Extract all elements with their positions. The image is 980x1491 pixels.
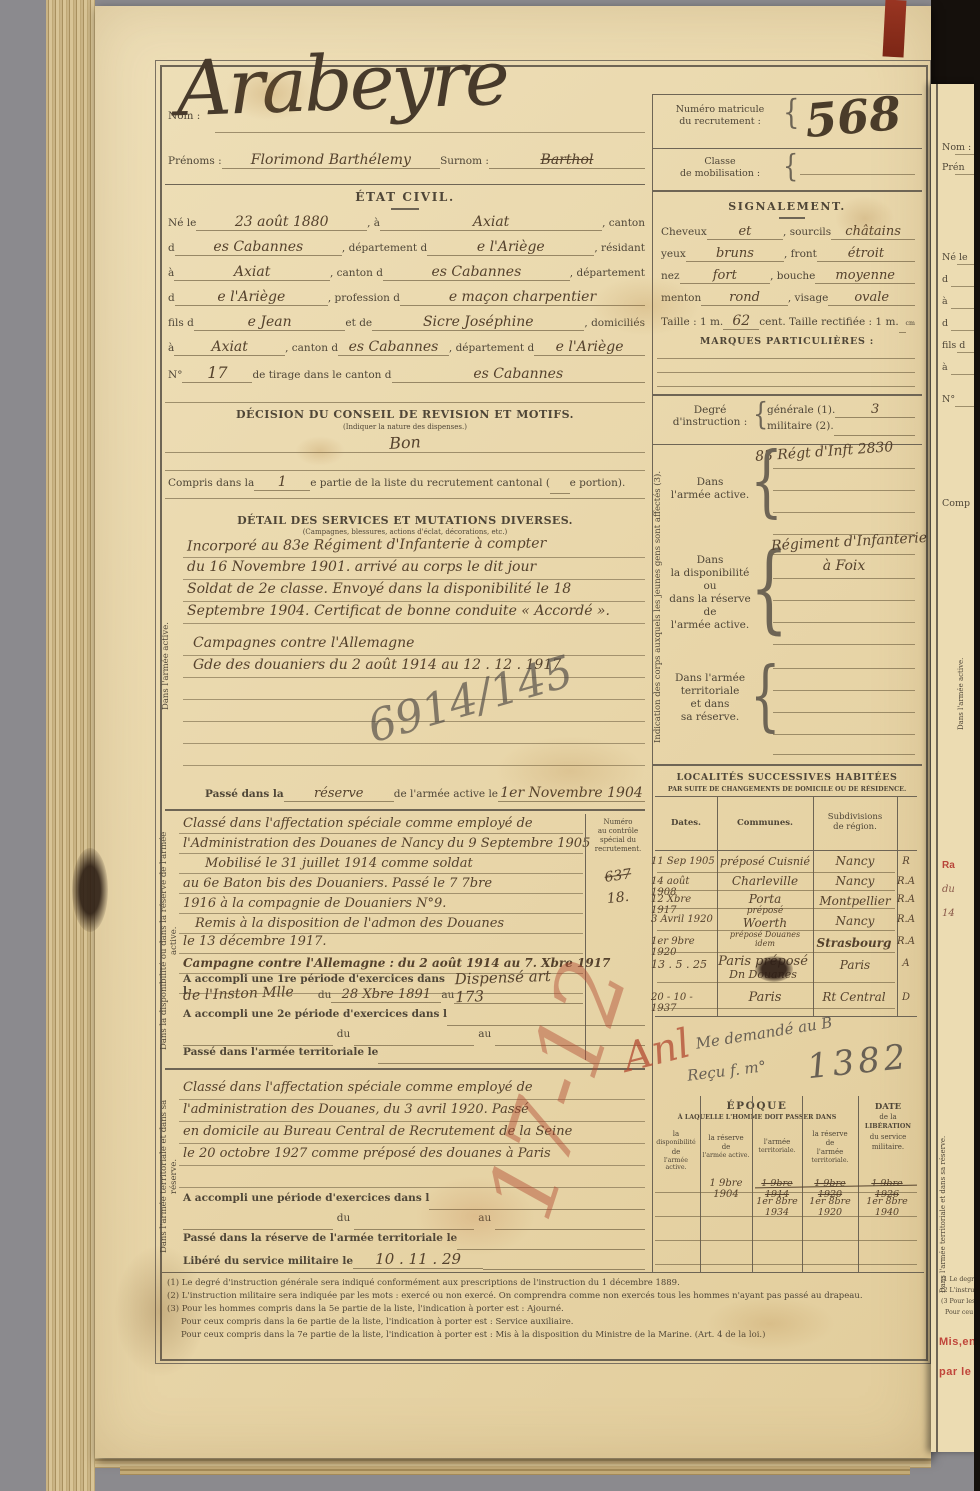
domicile-value: Axiat bbox=[174, 339, 285, 356]
localites-top-rule bbox=[652, 764, 922, 766]
libere-fill bbox=[483, 1250, 645, 1270]
epoque-rule-3 bbox=[655, 1240, 917, 1241]
footnote-1: (1) Le degré d'instruction générale sera… bbox=[167, 1278, 923, 1288]
departement2-label: , département bbox=[570, 267, 645, 279]
passe-reserve-terr-fill bbox=[457, 1232, 645, 1250]
corps-terr-rule-4 bbox=[773, 734, 915, 735]
ne-le-label: Né le bbox=[168, 217, 196, 229]
tirage-canton-label: de tirage dans le canton d bbox=[252, 369, 391, 381]
localites-row-mark-4: R.A bbox=[897, 914, 915, 925]
next-footnote-2: (2 L'instru bbox=[941, 1287, 974, 1294]
next-ne-le-label: Né le bbox=[942, 252, 968, 263]
compris-rule bbox=[165, 498, 645, 499]
classe-brace: { bbox=[783, 148, 798, 184]
next-d2-label: d bbox=[942, 318, 948, 329]
localites-row-commune-5b: idem bbox=[717, 939, 813, 948]
corps-dispo-label-1: Dans bbox=[675, 554, 745, 566]
periode1-du-label: du bbox=[318, 989, 331, 1001]
localites-row-mark-5: R.A bbox=[897, 936, 915, 947]
header-rule bbox=[165, 184, 645, 185]
book-left-edge bbox=[46, 0, 95, 1491]
services-text-3: Soldat de 2e classe. Envoyé dans la disp… bbox=[187, 581, 571, 597]
etat-civil-title: ÉTAT CIVIL. bbox=[165, 190, 645, 204]
localites-header-bottom bbox=[655, 850, 917, 851]
periode1-du-value: 28 Xbre 1891 bbox=[331, 987, 441, 1003]
degre-top-rule bbox=[652, 394, 922, 396]
terr-du-fill0 bbox=[183, 1212, 333, 1230]
corps-terr-label-3: et dans bbox=[661, 698, 759, 710]
dispo-text-1: Classé dans l'affectation spéciale comme… bbox=[183, 816, 533, 831]
menton-label: menton bbox=[661, 292, 701, 304]
matricule-value: 568 bbox=[803, 86, 903, 148]
corps-active-label-1: Dans bbox=[675, 476, 745, 488]
localites-col-subdiv-2: de région. bbox=[813, 822, 897, 832]
localites-row-commune-6b: Dn Douanes bbox=[713, 968, 813, 981]
etat-line-3: à Axiat , canton d es Cabannes , départe… bbox=[168, 264, 645, 288]
signalement-row-1: Cheveux et , sourcils châtains bbox=[661, 224, 915, 246]
section-divider-1 bbox=[165, 809, 645, 811]
signalement-row-4: menton rond , visage ovale bbox=[661, 290, 915, 312]
localites-row-rule-1 bbox=[657, 872, 895, 873]
bouche-value: moyenne bbox=[815, 268, 915, 284]
localites-row-mark-2: R.A bbox=[897, 876, 915, 887]
corps-active-rule-3 bbox=[773, 512, 915, 513]
etat-line-5: fils d e Jean et de Sicre Joséphine , do… bbox=[168, 314, 645, 338]
num-controle-h3: spécial du bbox=[587, 836, 649, 844]
prenoms-row: Prénoms : Florimond Barthélemy Surnom : … bbox=[168, 152, 645, 174]
terr-du-fill bbox=[354, 1212, 474, 1230]
taille-cm-label: cm bbox=[906, 320, 916, 327]
marques-rule-3 bbox=[657, 386, 915, 387]
footnote-5: Pour ceux compris dans la 7e partie de l… bbox=[181, 1330, 923, 1340]
epoque-h1-line4: l'armée active. bbox=[654, 1157, 698, 1171]
terr-periode-label: A accompli une période d'exercices dans … bbox=[183, 1192, 429, 1204]
signalement-dash bbox=[779, 217, 805, 219]
passe-reserve-row: Passé dans la réserve de l'armée active … bbox=[205, 785, 645, 805]
corps-active-brace: { bbox=[750, 437, 783, 527]
degre-generale-value: 3 bbox=[835, 402, 915, 418]
libere-date-value: 10 . 11 . 29 bbox=[353, 1250, 483, 1269]
periode1-row: A accompli une 1re période d'exercices d… bbox=[183, 968, 583, 986]
passe-label: Passé dans la bbox=[205, 788, 284, 800]
libere-row: Libéré du service militaire le 10 . 11 .… bbox=[183, 1250, 645, 1270]
localites-col-communes: Communes. bbox=[717, 818, 813, 828]
numero-tirage-label: N° bbox=[168, 369, 182, 381]
corps-dispo-label-5: de bbox=[675, 606, 745, 618]
next-footnote-4: Pour ceu bbox=[945, 1309, 973, 1316]
localites-row-subdiv-7: Rt Central bbox=[809, 990, 899, 1004]
degre-brace: { bbox=[753, 396, 768, 432]
dispo-text-6: Remis à la disposition de l'admon des Do… bbox=[195, 916, 504, 931]
sourcils-label: , sourcils bbox=[783, 226, 831, 238]
epoque-value-5b: 1er 8bre 1940 bbox=[858, 1196, 916, 1218]
localites-row-commune-2: Charleville bbox=[717, 874, 813, 888]
canton2-label: , canton d bbox=[330, 267, 383, 279]
terr-text-1: Classé dans l'affectation spéciale comme… bbox=[183, 1080, 533, 1095]
next-prenoms-label: Prén bbox=[942, 162, 965, 173]
birthdate-value: 23 août 1880 bbox=[196, 214, 367, 231]
epoque-h5-line3: LIBÉRATION bbox=[860, 1123, 916, 1130]
campagnes-text-1: Campagnes contre l'Allemagne bbox=[193, 635, 414, 651]
et-de-label: et de bbox=[345, 317, 372, 329]
libere-label: Libéré du service militaire le bbox=[183, 1255, 353, 1267]
etat-civil-dash bbox=[391, 208, 419, 210]
sourcils-value: châtains bbox=[831, 224, 915, 240]
canton3-label: , canton d bbox=[285, 342, 338, 354]
localites-row-rule-5 bbox=[657, 952, 895, 953]
corps-dispo-label-3: ou bbox=[675, 580, 745, 592]
residant-label: , résidant bbox=[594, 242, 645, 254]
next-nom-label: Nom : bbox=[942, 142, 971, 153]
compris-label-2: e partie de la liste du recrutement cant… bbox=[310, 477, 550, 489]
departement-label: , département d bbox=[342, 242, 427, 254]
corps-dispo-rule-5 bbox=[773, 644, 915, 645]
passe-reserve-terr-row: Passé dans la réserve de l'armée territo… bbox=[183, 1232, 645, 1250]
corps-terr-rule-2 bbox=[773, 690, 915, 691]
epoque-value-2: 1 9bre 1904 bbox=[700, 1178, 752, 1200]
birthplace-value: Axiat bbox=[380, 214, 602, 231]
epoque-subtitle: À LAQUELLE L'HOMME DOIT PASSER DANS bbox=[652, 1114, 862, 1121]
localites-row-commune-1: préposé Cuisnié bbox=[717, 855, 813, 868]
localites-row-mark-6: A bbox=[897, 958, 915, 969]
epoque-value-4b: 1er 8bre 1920 bbox=[802, 1196, 858, 1218]
taille-value: 62 bbox=[723, 313, 759, 330]
epoque-value-3b: 1er 8bre 1934 bbox=[752, 1196, 802, 1218]
residence-value: Axiat bbox=[174, 264, 330, 281]
services-subtitle: (Campagnes, blessures, actions d'éclat, … bbox=[165, 528, 645, 536]
next-red-fragment-1: Ra bbox=[942, 860, 955, 871]
corps-dispo-rule-4 bbox=[773, 622, 915, 623]
taille-row: Taille : 1 m. 62 cent. Taille rectifiée … bbox=[661, 313, 915, 333]
epoque-h1-line3: de bbox=[654, 1148, 698, 1156]
canton-label: , canton bbox=[602, 217, 645, 229]
menton-value: rond bbox=[701, 290, 788, 306]
degre-label-1: Degré bbox=[670, 404, 750, 416]
next-a1-label: à bbox=[942, 296, 948, 307]
epoque-h5-line2: de la bbox=[860, 1113, 916, 1121]
next-comp-label: Comp bbox=[942, 498, 970, 509]
cheveux-value: et bbox=[707, 224, 783, 240]
epoque-h2-line3: l'armée active. bbox=[702, 1152, 750, 1159]
terr-du-label: du bbox=[337, 1212, 350, 1224]
epoque-h4-line4: territoriale. bbox=[804, 1157, 856, 1164]
epoque-h3-line2: territoriale. bbox=[754, 1147, 800, 1154]
localites-bottom-rule bbox=[655, 1016, 917, 1017]
localites-row-commune-6a: Paris préposé bbox=[713, 954, 813, 969]
localites-row-mark-7: D bbox=[897, 992, 915, 1003]
passe-value: réserve bbox=[284, 786, 394, 802]
nez-value: fort bbox=[680, 268, 771, 284]
terr-au-label: au bbox=[478, 1212, 491, 1224]
register-page: Nom : Arabeyre Prénoms : Florimond Barth… bbox=[95, 6, 931, 1458]
degre-militaire-row: militaire (2). bbox=[767, 420, 915, 436]
passe-territoriale-label: Passé dans l'armée territoriale le bbox=[183, 1046, 378, 1058]
epoque-h5-line5: militaire. bbox=[860, 1143, 916, 1151]
corps-active-rule-1 bbox=[773, 468, 915, 469]
dispo-text-5: 1916 à la compagnie de Douaniers N°9. bbox=[183, 896, 446, 911]
matricule-label-2: du recrutement : bbox=[660, 116, 780, 127]
etat-line-4: d e l'Ariège , profession d e maçon char… bbox=[168, 289, 645, 313]
father-name-value: e Jean bbox=[194, 314, 346, 331]
periode1b-value: de l'Inston Mlle bbox=[183, 984, 294, 1004]
terr-side-label: Dans l'armée territoriale et dans sa rés… bbox=[159, 1086, 174, 1266]
localites-row-date-3: 12 Xbre 1917 bbox=[651, 894, 717, 916]
localites-row-commune-3: Porta bbox=[717, 892, 813, 906]
nez-label: nez bbox=[661, 270, 680, 282]
numero-tirage-value: 17 bbox=[182, 363, 252, 383]
localites-row-commune-4a: préposé bbox=[717, 906, 813, 916]
passe-reserve-terr-label: Passé dans la réserve de l'armée territo… bbox=[183, 1232, 457, 1244]
localites-row-date-6: 13 . 5 . 25 bbox=[651, 958, 717, 971]
corps-terr-brace: { bbox=[750, 651, 781, 741]
domicilies-label: , domiciliés bbox=[584, 317, 645, 329]
localites-row-mark-1: R bbox=[897, 856, 915, 867]
periode2-au-label: au bbox=[478, 1028, 491, 1040]
yeux-label: yeux bbox=[661, 248, 686, 260]
periode2-du-label: du bbox=[337, 1028, 350, 1040]
a-label: , à bbox=[367, 217, 380, 229]
signalement-title: SIGNALEMENT. bbox=[652, 200, 922, 213]
localites-row-rule-2 bbox=[657, 890, 895, 891]
d2-label: d bbox=[168, 292, 175, 304]
localites-title: LOCALITÉS SUCCESSIVES HABITÉES bbox=[652, 772, 922, 783]
next-footnote-1: (1 Le degré bbox=[941, 1276, 978, 1283]
decision-rule-1 bbox=[165, 452, 645, 453]
localites-row-rule-6 bbox=[657, 982, 895, 983]
terr-text-2: l'administration des Douanes, du 3 avril… bbox=[183, 1102, 529, 1117]
etat-line-6: à Axiat , canton d es Cabannes , départe… bbox=[168, 339, 645, 363]
visage-value: ovale bbox=[828, 290, 915, 306]
decision-title: DÉCISION DU CONSEIL DE REVISION ET MOTIF… bbox=[165, 408, 645, 421]
epoque-h3-line1: l'armée bbox=[754, 1138, 800, 1146]
degre-militaire-label: militaire (2). bbox=[767, 420, 834, 432]
corps-terr-label-1: Dans l'armée bbox=[661, 672, 759, 684]
scanned-register-photo: { "header": { "name_script": "Arabeyre",… bbox=[0, 0, 980, 1491]
localites-row-commune-5a: préposé Douanes bbox=[717, 930, 813, 939]
epoque-title: ÉPOQUE bbox=[652, 1100, 862, 1112]
tirage-row: N° 17 de tirage dans le canton d es Caba… bbox=[168, 363, 645, 387]
localites-row-subdiv-4: Nancy bbox=[813, 914, 897, 928]
departement4-value: e l'Ariège bbox=[534, 339, 645, 356]
canton-value: es Cabannes bbox=[175, 239, 342, 256]
classe-rule bbox=[800, 174, 915, 175]
localites-col-3 bbox=[897, 796, 898, 1016]
localites-row-date-4: 3 Avril 1920 bbox=[651, 914, 717, 925]
num-controle-h2: au contrôle bbox=[587, 827, 649, 835]
signalement-row-3: nez fort , bouche moyenne bbox=[661, 268, 915, 290]
corps-active-label-2: l'armée active. bbox=[667, 489, 753, 501]
marques-rule-2 bbox=[657, 372, 915, 373]
corps-dispo-label-6: l'armée active. bbox=[661, 619, 759, 631]
yeux-value: bruns bbox=[686, 246, 784, 262]
taille-rectifiee-label: cent. Taille rectifiée : 1 m. bbox=[759, 316, 898, 328]
epoque-h4-line2: de bbox=[804, 1139, 856, 1147]
compris-label-3: e portion). bbox=[570, 477, 626, 489]
blank-rule-1 bbox=[165, 402, 645, 403]
epoque-h5-line1: DATE bbox=[860, 1102, 916, 1112]
photo-right-dark-edge bbox=[974, 0, 980, 1491]
next-page-sliver: Nom : Prén Né le d à d fils d à N° Comp … bbox=[931, 84, 980, 1452]
corps-dispo-label-2: la disponibilité bbox=[661, 567, 759, 579]
taille-rectifiee-fill bbox=[899, 313, 906, 333]
next-no-label: N° bbox=[942, 394, 955, 405]
services-text-2: du 16 Novembre 1901. arrivé au corps le … bbox=[187, 559, 536, 575]
epoque-rule-1 bbox=[655, 1192, 917, 1193]
surnom-label: Surnom : bbox=[440, 155, 489, 167]
next-side-active-label: Dans l'armée active. bbox=[957, 614, 968, 774]
periode1-au-label: au bbox=[441, 989, 454, 1001]
corps-terr-rule-1 bbox=[773, 668, 915, 669]
num-controle-h1: Numéro bbox=[587, 818, 649, 826]
localites-header-top bbox=[655, 796, 917, 797]
services-text-4: Septembre 1904. Certificat de bonne cond… bbox=[187, 603, 610, 619]
compris-fill bbox=[625, 474, 645, 494]
localites-row-date-5: 1er 9bre 1920 bbox=[651, 936, 717, 958]
front-label: , front bbox=[784, 248, 817, 260]
corps-dispo-label-4: dans la réserve bbox=[661, 593, 759, 605]
compris-label: Compris dans la bbox=[168, 477, 254, 489]
profession-label: , profession d bbox=[328, 292, 400, 304]
localites-row-subdiv-2: Nancy bbox=[813, 874, 897, 888]
localites-row-date-1: 11 Sep 1905 bbox=[651, 856, 717, 867]
book-bottom-edge-2 bbox=[120, 1466, 910, 1475]
departement-value: e l'Ariège bbox=[427, 239, 594, 256]
localites-row-rule-7 bbox=[657, 1008, 895, 1009]
dispo-text-4: au 6e Baton bis des Douaniers. Passé le … bbox=[183, 876, 492, 891]
periode1b-row: de l'Inston Mlle du 28 Xbre 1891 au bbox=[183, 986, 583, 1004]
matricule-brace: { bbox=[783, 94, 800, 133]
corps-terr-label-4: sa réserve. bbox=[661, 711, 759, 723]
corps-terr-rule-5 bbox=[773, 754, 915, 755]
profession-value: e maçon charpentier bbox=[400, 289, 645, 306]
degre-label-2: d'instruction : bbox=[670, 416, 750, 428]
prenoms-value: Florimond Barthélemy bbox=[222, 152, 440, 169]
taille-label: Taille : 1 m. bbox=[661, 316, 723, 328]
mother-name-value: Sicre Joséphine bbox=[372, 314, 584, 331]
localites-row-subdiv-3: Montpellier bbox=[813, 894, 897, 908]
red-bookmark-ribbon bbox=[883, 0, 907, 58]
epoque-h2-line2: de bbox=[702, 1143, 750, 1151]
footnote-3: (3) Pour les hommes compris dans la 5e p… bbox=[167, 1304, 923, 1314]
dispo-text-7: le 13 décembre 1917. bbox=[183, 934, 327, 949]
nom-rule bbox=[215, 132, 645, 133]
signalement-row-2: yeux bruns , front étroit bbox=[661, 246, 915, 268]
etat-line-1: Né le 23 août 1880 , à Axiat , canton bbox=[168, 214, 645, 238]
passe-date-value: 1er Novembre 1904 bbox=[498, 785, 645, 802]
epoque-rule-4 bbox=[655, 1264, 917, 1265]
departement4-label: , département d bbox=[449, 342, 534, 354]
corps-dispo-value-2: à Foix bbox=[773, 558, 915, 574]
dispo-text-2: l'Administration des Douanes de Nancy du… bbox=[183, 836, 590, 851]
num-controle-h4: recrutement. bbox=[587, 845, 649, 853]
cheveux-label: Cheveux bbox=[661, 226, 707, 238]
surnom-value: Barthol bbox=[489, 152, 645, 169]
corps-dispo-rule-3 bbox=[773, 600, 915, 601]
marques-title: MARQUES PARTICULIÈRES : bbox=[652, 336, 922, 347]
periode2-du-fill bbox=[354, 1028, 474, 1046]
periode2b-fill0 bbox=[183, 1028, 333, 1046]
localites-subtitle: PAR SUITE DE CHANGEMENTS DE DOMICILE OU … bbox=[652, 786, 922, 793]
prenoms-label: Prénoms : bbox=[168, 155, 222, 167]
localites-row-subdiv-1: Nancy bbox=[813, 854, 897, 868]
corps-terr-rule-3 bbox=[773, 712, 915, 713]
departement3-value: e l'Ariège bbox=[175, 289, 328, 306]
epoque-rule-2 bbox=[655, 1216, 917, 1217]
canton2-value: es Cabannes bbox=[383, 264, 570, 281]
classe-label-2: de mobilisation : bbox=[660, 168, 780, 179]
degre-militaire-fill bbox=[834, 420, 915, 436]
corps-dispo-rule-1 bbox=[773, 554, 915, 555]
tirage-canton-value: es Cabannes bbox=[392, 366, 646, 383]
dispo-text-3: Mobilisé le 31 juillet 1914 comme soldat bbox=[205, 856, 473, 871]
localites-row-commune-7: Paris bbox=[717, 990, 813, 1005]
compris-row: Compris dans la 1 e partie de la liste d… bbox=[168, 474, 645, 494]
dispo-side-label: Dans la disponibilité ou dans la réserve… bbox=[159, 821, 174, 1061]
localites-row-subdiv-5: Strasbourg bbox=[809, 936, 899, 950]
classe-label-1: Classe bbox=[660, 156, 780, 167]
corps-dispo-rule-2 bbox=[773, 578, 915, 579]
bouche-label: , bouche bbox=[770, 270, 815, 282]
decision-rule-2 bbox=[165, 470, 645, 471]
corps-terr-label-2: territoriale bbox=[661, 685, 759, 697]
services-side-label: Dans l'armée active. bbox=[161, 546, 174, 786]
epoque-h2-line1: la réserve bbox=[702, 1134, 750, 1142]
epoque-h5-line4: du service bbox=[860, 1133, 916, 1141]
next-a2-label: à bbox=[942, 362, 948, 373]
canton3-value: es Cabannes bbox=[338, 339, 449, 356]
marques-rule-1 bbox=[657, 358, 915, 359]
localites-col-dates: Dates. bbox=[655, 818, 717, 828]
etat-line-2: d es Cabannes , département d e l'Ariège… bbox=[168, 239, 645, 263]
epoque-h1-line1: la bbox=[654, 1130, 698, 1138]
services-title: DÉTAIL DES SERVICES ET MUTATIONS DIVERSE… bbox=[165, 514, 645, 527]
terr-periode2-row: du au bbox=[183, 1212, 645, 1230]
epoque-h4-line1: la réserve bbox=[804, 1130, 856, 1138]
matricule-label-1: Numéro matricule bbox=[660, 104, 780, 115]
localites-row-date-7: 20 - 10 - 1937 bbox=[651, 992, 721, 1014]
footnote-4: Pour ceux compris dans la 6e partie de l… bbox=[181, 1317, 923, 1327]
gap-dark-top-right bbox=[931, 0, 980, 84]
front-value: étroit bbox=[817, 246, 915, 262]
fils-de-label: fils d bbox=[168, 317, 194, 329]
visage-label: , visage bbox=[788, 292, 829, 304]
next-side-terr-label: Dans l'armée territoriale et dans sa rés… bbox=[939, 1114, 950, 1314]
localites-row-subdiv-6: Paris bbox=[813, 958, 897, 972]
next-d1-label: d bbox=[942, 274, 948, 285]
localites-row-mark-3: R.A bbox=[897, 894, 915, 905]
services-text-1: Incorporé au 83e Régiment d'Infanterie à… bbox=[187, 535, 546, 554]
footnote-2: (2) L'instruction militaire sera indiqué… bbox=[167, 1291, 923, 1301]
d-label: d bbox=[168, 242, 175, 254]
signalement-top-rule bbox=[652, 190, 922, 192]
next-footnote-3: (3 Pour les bbox=[941, 1298, 975, 1305]
compris-gap bbox=[550, 474, 570, 494]
periode2-label: A accompli une 2e période d'exercices da… bbox=[183, 1008, 447, 1020]
corps-active-rule-2 bbox=[773, 490, 915, 491]
localites-col-subdiv-1: Subdivisions bbox=[813, 812, 897, 822]
epoque-h1-line2: disponibilité bbox=[654, 1139, 698, 1146]
next-red-fragment-3: 14 bbox=[942, 908, 955, 919]
next-red-fragment-2: du bbox=[942, 884, 955, 895]
localites-row-commune-4b: Woerth bbox=[717, 916, 813, 930]
next-fils-label: fils d bbox=[942, 340, 965, 351]
degre-generale-label: générale (1). bbox=[767, 404, 835, 416]
degre-generale-row: générale (1). 3 bbox=[767, 402, 915, 418]
passe-label-2: de l'armée active le bbox=[394, 788, 498, 800]
epoque-h4-line3: l'armée bbox=[804, 1148, 856, 1156]
compris-value: 1 bbox=[254, 474, 310, 491]
next-page-frame-line bbox=[936, 84, 938, 1452]
